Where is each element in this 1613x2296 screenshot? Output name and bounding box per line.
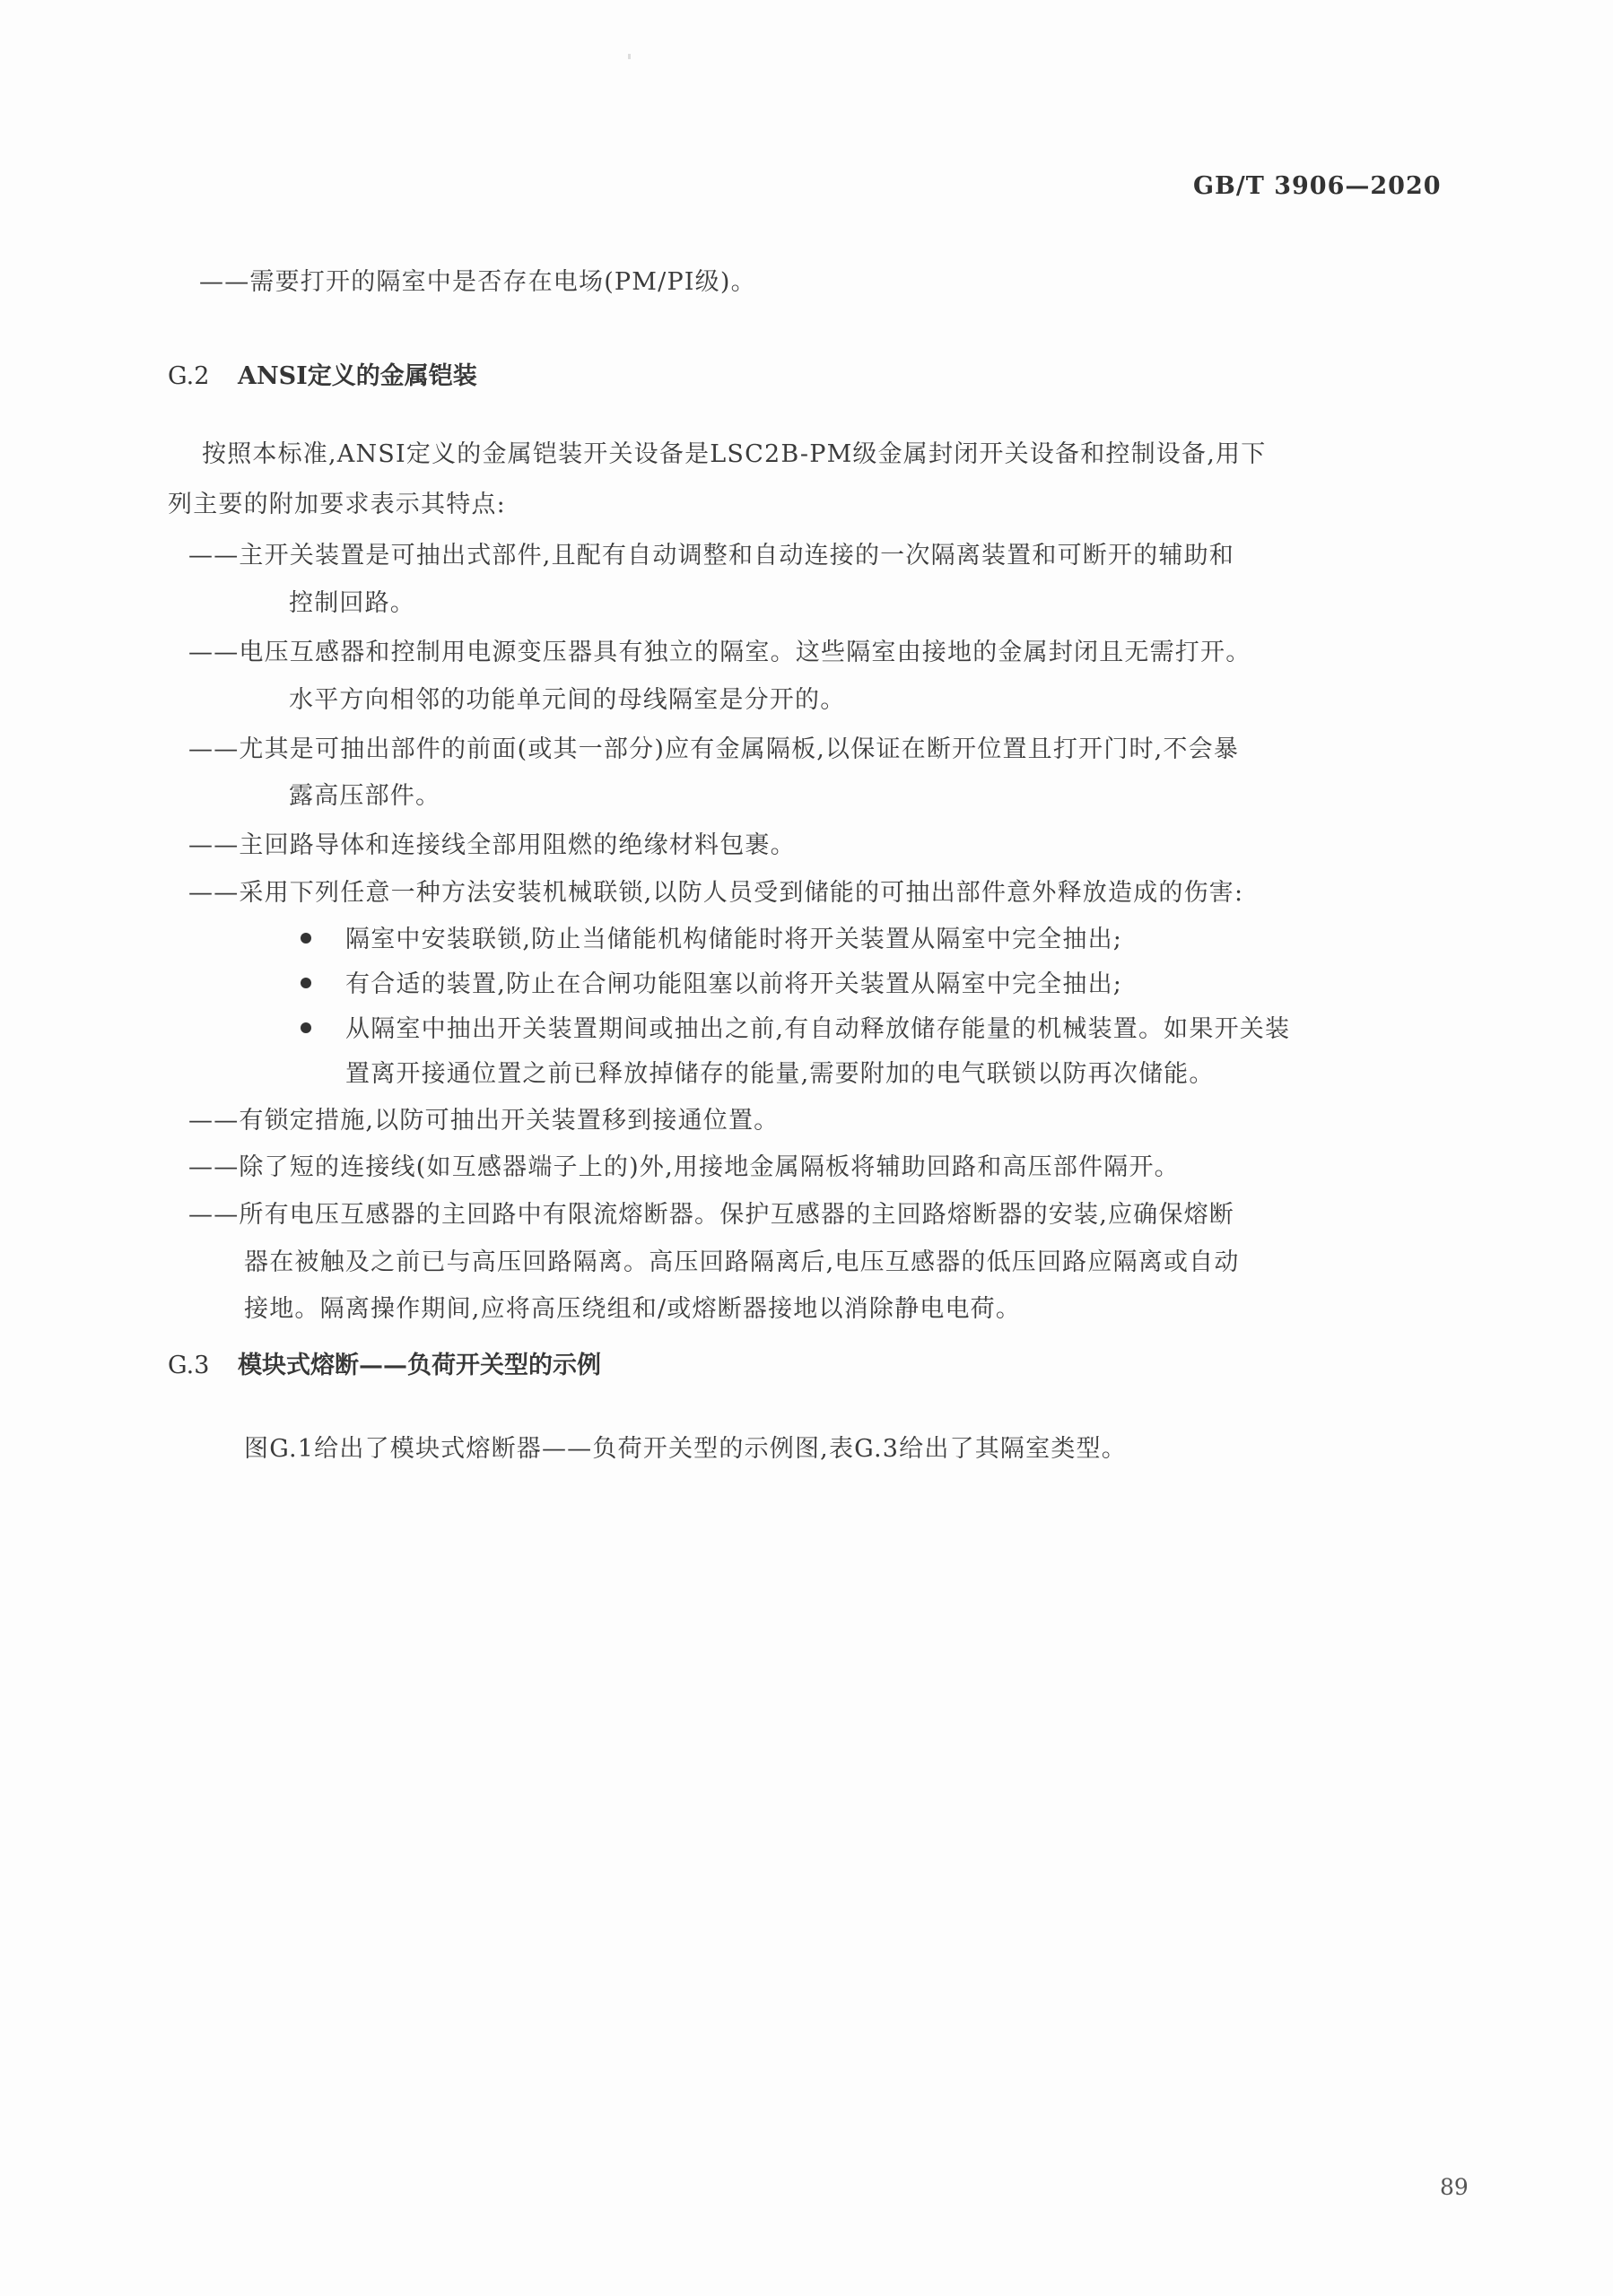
g3-paragraph: 图G.1给出了模块式熔断器——负荷开关型的示例图,表G.3给出了其隔室类型。 xyxy=(244,1433,1127,1465)
list-item-8: ——所有电压互感器的主回路中有限流熔断器。保护互感器的主回路熔断器的安装,应确保… xyxy=(188,1199,1234,1231)
list-item-1: ——主开关装置是可抽出式部件,且配有自动调整和自动连接的一次隔离装置和可断开的辅… xyxy=(188,540,1234,572)
section-g2-heading: G.2ANSI定义的金属铠装 xyxy=(168,356,477,391)
section-g3-heading: G.3模块式熔断——负荷开关型的示例 xyxy=(168,1345,601,1380)
list-item-2: ——电压互感器和控制用电源变压器具有独立的隔室。这些隔室由接地的金属封闭且无需打… xyxy=(188,637,1251,669)
scan-speck xyxy=(628,54,631,59)
bullet-item-2: 有合适的装置,防止在合闸功能阻塞以前将开关装置从隔室中完全抽出; xyxy=(345,969,1122,1001)
bullet-icon xyxy=(301,978,311,988)
list-item-5: ——采用下列任意一种方法安装机械联锁,以防人员受到储能的可抽出部件意外释放造成的… xyxy=(188,877,1243,909)
list-item-8-cont-2: 接地。隔离操作期间,应将高压绕组和/或熔断器接地以消除静电电荷。 xyxy=(244,1293,1021,1326)
list-item-4: ——主回路导体和连接线全部用阻燃的绝缘材料包裹。 xyxy=(188,830,796,862)
page-number: 89 xyxy=(1440,2174,1469,2200)
list-item-1-cont: 控制回路。 xyxy=(289,587,415,620)
section-number: G.3 xyxy=(168,1352,238,1379)
bullet-icon xyxy=(301,1022,311,1033)
section-title: 模块式熔断——负荷开关型的示例 xyxy=(238,1352,601,1379)
list-item-3-cont: 露高压部件。 xyxy=(289,780,440,813)
bullet-icon xyxy=(301,933,311,944)
list-item-6: ——有锁定措施,以防可抽出开关装置移到接通位置。 xyxy=(188,1105,779,1137)
intro-list-item: ——需要打开的隔室中是否存在电场(PM/PI级)。 xyxy=(199,266,756,299)
bullet-item-1: 隔室中安装联锁,防止当储能机构储能时将开关装置从隔室中完全抽出; xyxy=(345,924,1122,956)
list-item-3: ——尤其是可抽出部件的前面(或其一部分)应有金属隔板,以保证在断开位置且打开门时… xyxy=(188,734,1239,766)
bullet-item-3-cont: 置离开接通位置之前已释放掉储存的能量,需要附加的电气联锁以防再次储能。 xyxy=(345,1058,1215,1091)
g2-paragraph-line-1: 按照本标准,ANSI定义的金属铠装开关设备是LSC2B-PM级金属封闭开关设备和… xyxy=(202,439,1266,471)
list-item-8-cont-1: 器在被触及之前已与高压回路隔离。高压回路隔离后,电压互感器的低压回路应隔离或自动 xyxy=(244,1247,1240,1279)
standard-code-header: GB/T 3906—2020 xyxy=(1193,172,1442,200)
list-item-2-cont: 水平方向相邻的功能单元间的母线隔室是分开的。 xyxy=(289,684,845,717)
bullet-item-3: 从隔室中抽出开关装置期间或抽出之前,有自动释放储存能量的机械装置。如果开关装 xyxy=(345,1013,1290,1046)
section-title: ANSI定义的金属铠装 xyxy=(238,362,477,390)
list-item-7: ——除了短的连接线(如互感器端子上的)外,用接地金属隔板将辅助回路和高压部件隔开… xyxy=(188,1152,1180,1184)
g2-paragraph-line-2: 列主要的附加要求表示其特点: xyxy=(168,489,506,521)
section-number: G.2 xyxy=(168,362,238,390)
